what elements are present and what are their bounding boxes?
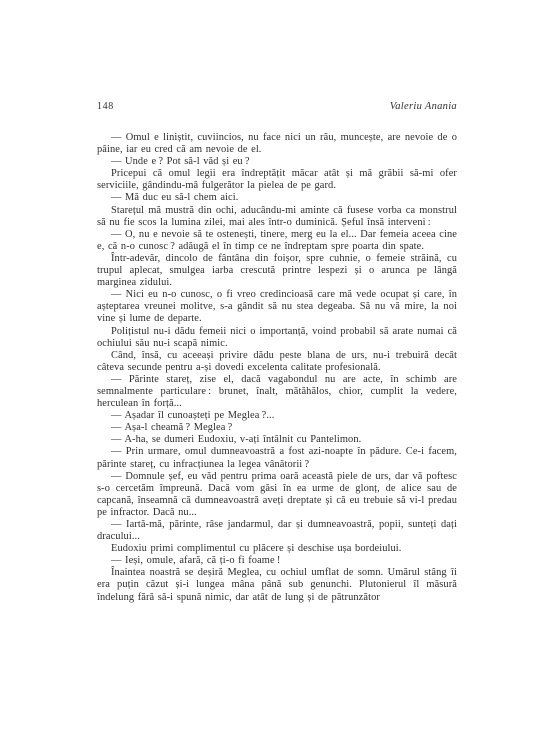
paragraph: — Nici eu n-o cunosc, o fi vreo credinci… [97, 289, 457, 325]
paragraph: Când, însă, cu aceeași privire dădu pest… [97, 350, 457, 374]
page-header: 148 Valeriu Anania [97, 101, 457, 113]
paragraph: Eudoxiu primi complimentul cu plăcere și… [97, 543, 457, 555]
running-title: Valeriu Anania [390, 101, 457, 113]
page-body: — Omul e liniștit, cuviincios, nu face n… [97, 132, 457, 604]
paragraph: — Iartă-mă, părinte, râse jandarmul, dar… [97, 519, 457, 543]
paragraph: — Mă duc eu să-l chem aici. [97, 192, 457, 204]
book-page: 148 Valeriu Anania — Omul e liniștit, cu… [0, 0, 550, 750]
paragraph: Starețul mă mustră din ochi, aducându-mi… [97, 205, 457, 229]
paragraph: — Unde e ? Pot să-l văd și eu ? [97, 156, 457, 168]
paragraph: Polițistul nu-i dădu femeii nici o impor… [97, 326, 457, 350]
paragraph: — Prin urmare, omul dumneavoastră a fost… [97, 446, 457, 470]
paragraph: Pricepui că omul legii era îndreptățit m… [97, 168, 457, 192]
paragraph: — Omul e liniștit, cuviincios, nu face n… [97, 132, 457, 156]
paragraph: — A-ha, se dumeri Eudoxiu, v-ați întâlni… [97, 434, 457, 446]
paragraph: — Domnule șef, eu văd pentru prima oară … [97, 471, 457, 519]
paragraph: — Așadar îl cunoașteți pe Meglea ?... [97, 410, 457, 422]
paragraph: Înaintea noastră se deșiră Meglea, cu oc… [97, 567, 457, 603]
page-number: 148 [97, 101, 114, 113]
paragraph: — O, nu e nevoie să te ostenești, tinere… [97, 229, 457, 253]
paragraph: — Ieși, omule, afară, că ți-o fi foame ! [97, 555, 457, 567]
paragraph: — Așa-l cheamă ? Meglea ? [97, 422, 457, 434]
paragraph: — Părinte stareț, zise el, dacă vagabond… [97, 374, 457, 410]
text-block: 148 Valeriu Anania — Omul e liniștit, cu… [97, 101, 457, 604]
paragraph: Într-adevăr, dincolo de fântâna din foiș… [97, 253, 457, 289]
